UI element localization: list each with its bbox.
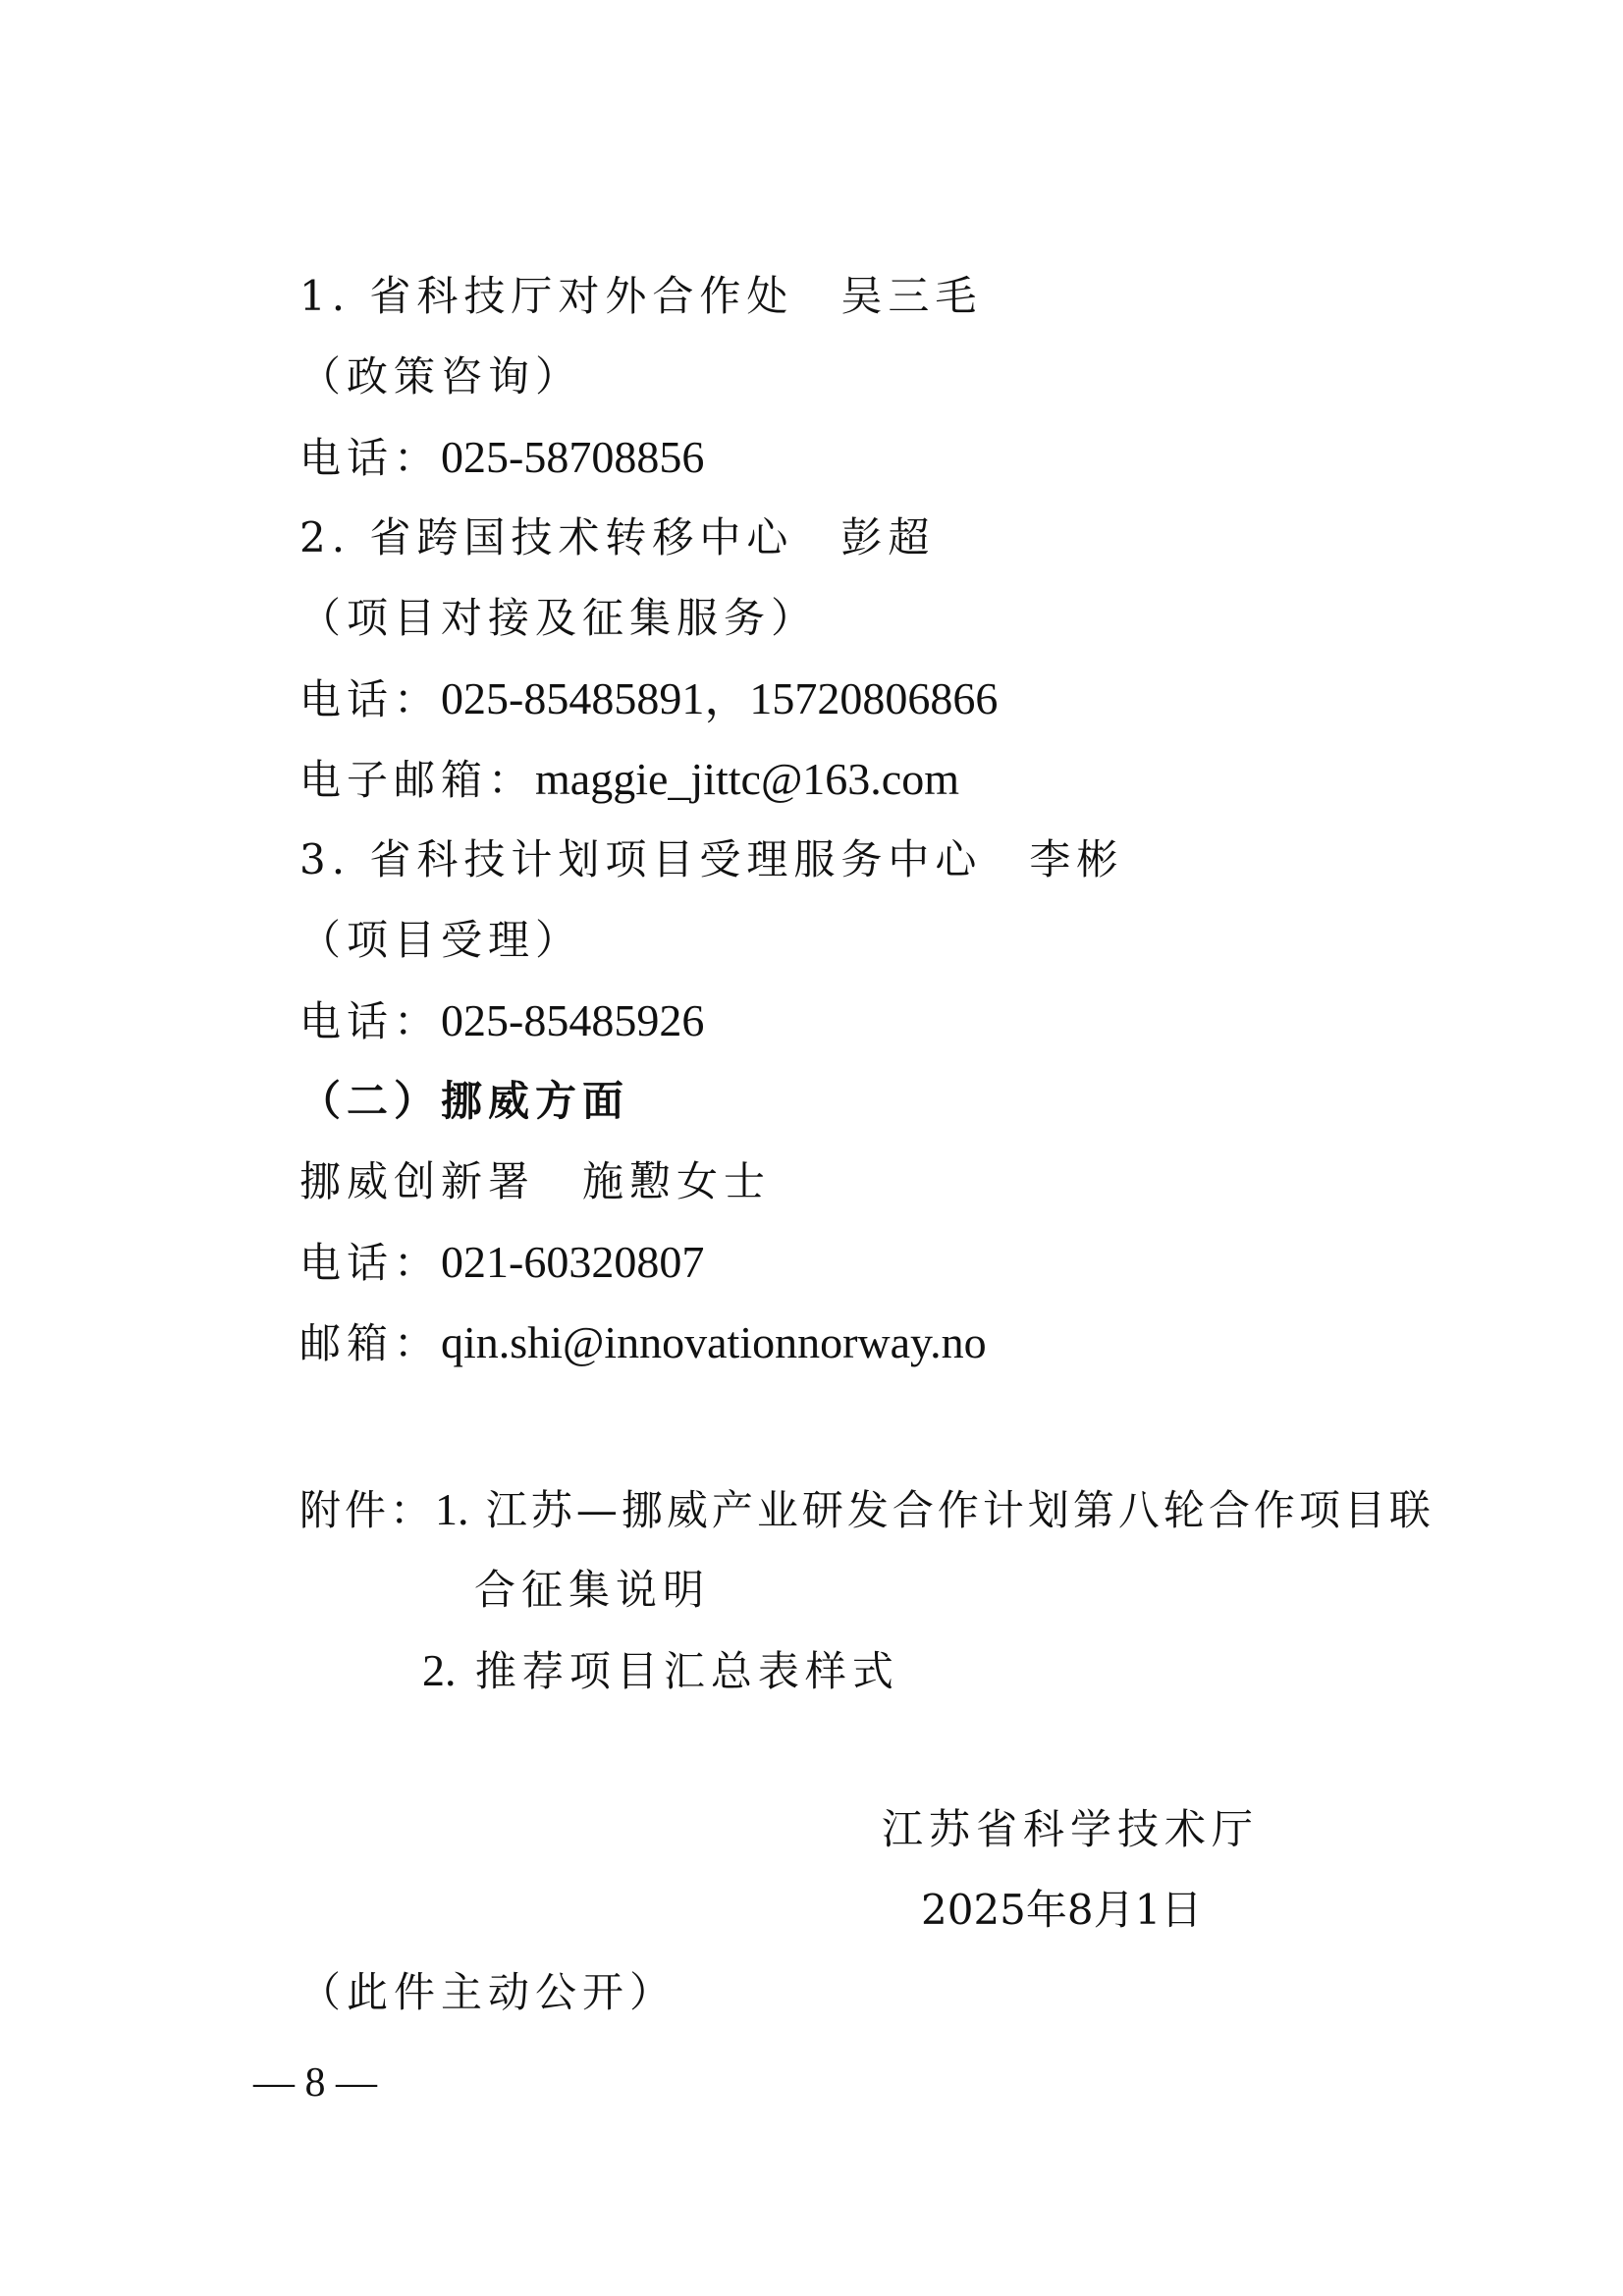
signature-organization: 江苏省科学技术厅 (882, 1800, 1259, 1859)
contact-2-email: 电子邮箱：maggie_jittc@163.com (299, 750, 959, 810)
norway-contact-phone: 电话：021-60320807 (299, 1233, 704, 1293)
contact-2-role-text: （项目对接及征集服务） (299, 594, 818, 642)
phone-value: 025-85485926 (441, 995, 704, 1045)
norway-contact-title-text: 挪威创新署 施懃女士 (299, 1157, 771, 1205)
contact-3-role-text: （项目受理） (299, 916, 582, 964)
phone-value: 025-85485891，15720806866 (441, 673, 998, 723)
contact-2-phone: 电话：025-85485891，15720806866 (299, 669, 998, 729)
disclosure-note-text: （此件主动公开） (299, 1968, 676, 2016)
attachment-1-line-2: 合征集说明 (474, 1561, 710, 1620)
email-value: qin.shi@innovationnorway.no (441, 1317, 987, 1367)
phone-label: 电话： (299, 997, 441, 1045)
organization-text: 江苏省科学技术厅 (882, 1805, 1259, 1853)
page-number: — 8 — (253, 2054, 377, 2112)
norway-contact-email: 邮箱：qin.shi@innovationnorway.no (299, 1313, 987, 1373)
contact-3-phone: 电话：025-85485926 (299, 991, 704, 1051)
contact-2-title: 2. 省跨国技术转移中心 彭超 (299, 508, 935, 567)
contact-1-phone: 电话：025-58708856 (299, 428, 704, 488)
attachment-2-number: 2. (422, 1645, 457, 1695)
attachment-1-line-1: 附件：1. 江苏—挪威产业研发合作计划第八轮合作项目联 (299, 1480, 1434, 1540)
attachment-1-text-cont: 合征集说明 (474, 1566, 710, 1614)
contact-3-title-text: 3. 省科技计划项目受理服务中心 李彬 (299, 835, 1123, 883)
signature-date: 2025年8月1日 (921, 1881, 1202, 1940)
contact-1-title-text: 1. 省科技厅对外合作处 吴三毛 (299, 272, 982, 320)
attachment-2-text: 推荐项目汇总表样式 (475, 1647, 899, 1695)
norway-contact-title: 挪威创新署 施懃女士 (299, 1152, 771, 1211)
email-label: 电子邮箱： (299, 756, 535, 804)
contact-1-role: （政策咨询） (299, 347, 582, 406)
contact-1-role-text: （政策咨询） (299, 352, 582, 400)
attachment-1-text: 江苏—挪威产业研发合作计划第八轮合作项目联 (486, 1486, 1434, 1534)
disclosure-note: （此件主动公开） (299, 1963, 676, 2022)
date-text: 2025年8月1日 (921, 1886, 1202, 1934)
phone-value: 021-60320807 (441, 1237, 704, 1287)
email-value: maggie_jittc@163.com (535, 754, 959, 804)
contact-2-title-text: 2. 省跨国技术转移中心 彭超 (299, 513, 935, 561)
attachments-label: 附件： (299, 1486, 435, 1534)
attachment-2: 2. 推荐项目汇总表样式 (422, 1641, 899, 1701)
contact-3-title: 3. 省科技计划项目受理服务中心 李彬 (299, 830, 1123, 889)
contact-2-role: （项目对接及征集服务） (299, 589, 818, 648)
contact-3-role: （项目受理） (299, 911, 582, 970)
phone-label: 电话： (299, 1239, 441, 1287)
attachment-1-number: 1. (435, 1484, 469, 1534)
phone-label: 电话： (299, 675, 441, 723)
contact-1-title: 1. 省科技厅对外合作处 吴三毛 (299, 267, 982, 326)
phone-label: 电话： (299, 434, 441, 482)
norway-heading-text: （二）挪威方面 (299, 1077, 629, 1125)
phone-value: 025-58708856 (441, 432, 704, 482)
norway-section-heading: （二）挪威方面 (299, 1072, 629, 1131)
email-label: 邮箱： (299, 1319, 441, 1367)
